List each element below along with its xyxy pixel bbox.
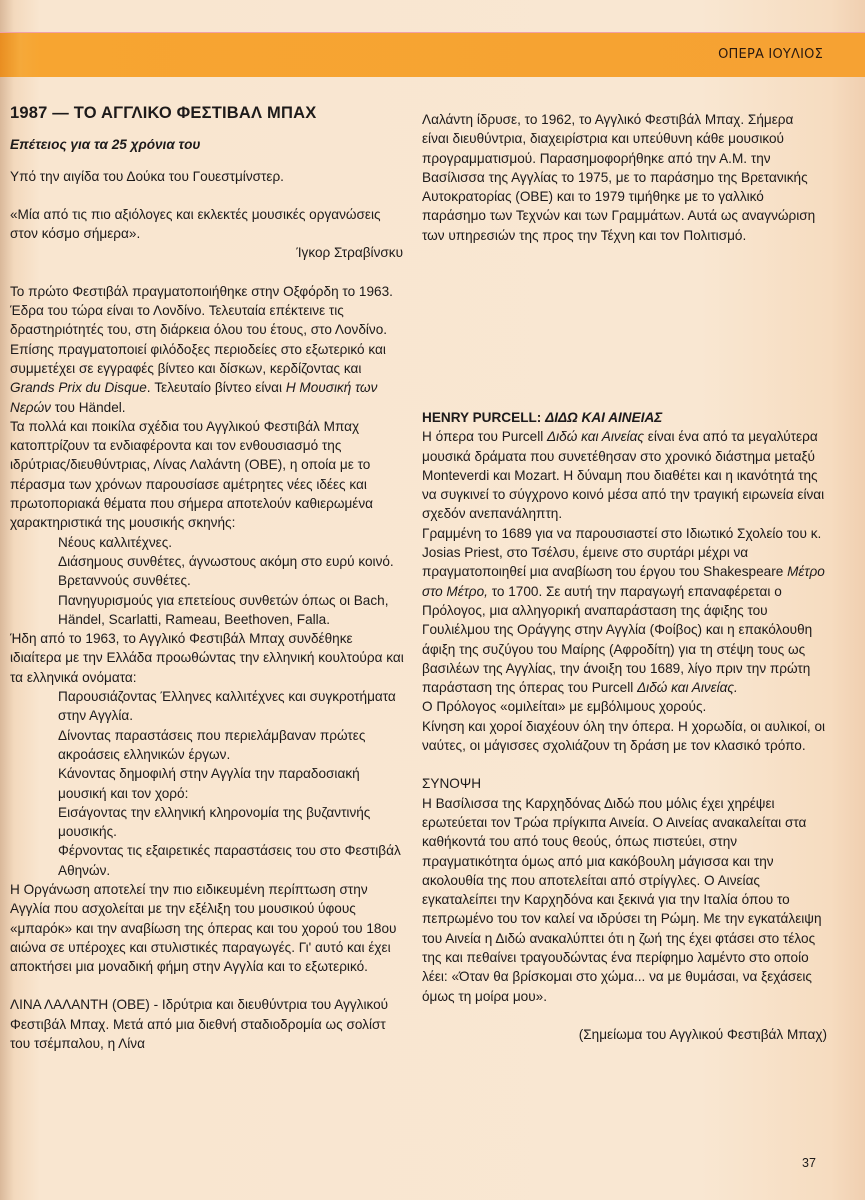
prologue-note: Ο Πρόλογος «ομιλείται» με εμβόλιμους χορ… <box>422 697 827 716</box>
founder-paragraph: ΛΙΝΑ ΛΑΛΑΝΤΗ (ΟΒΕ) - Ιδρύτρια και διευθύ… <box>10 995 405 1053</box>
history-paragraph: Το πρώτο Φεστιβάλ πραγματοποιήθηκε στην … <box>10 282 405 417</box>
right-column-top: Λαλάντη ίδρυσε, το 1962, το Αγγλικό Φεστ… <box>422 110 822 245</box>
purcell-heading: HENRY PURCELL: ΔΙΔΩ ΚΑΙ ΑΙΝΕΙΑΣ <box>422 408 827 427</box>
article-subtitle: Επέτειος για τα 25 χρόνια του <box>10 135 405 154</box>
synopsis-heading: ΣΥΝΟΨΗ <box>422 774 827 793</box>
greece-list: Παρουσιάζοντας Έλληνες καλλιτέχνες και σ… <box>10 687 405 880</box>
purcell-section: HENRY PURCELL: ΔΙΔΩ ΚΑΙ ΑΙΝΕΙΑΣ Η όπερα … <box>422 408 827 1044</box>
dance-note: Κίνηση και χοροί διαχέουν όλη την όπερα.… <box>422 717 827 756</box>
list-item: Βρεταννούς συνθέτες. <box>58 571 405 590</box>
stravinsky-quote: «Μία από τις πιο αξιόλογες και εκλεκτές … <box>10 205 405 244</box>
list-item: Νέους καλλιτέχνες. <box>58 533 405 552</box>
greece-paragraph: Ήδη από το 1963, το Αγγλικό Φεστιβάλ Μπα… <box>10 629 405 687</box>
article-title: 1987 — ΤΟ ΑΓΓΛΙΚΟ ΦΕΣΤΙΒΑΛ ΜΠΑΧ <box>10 104 405 123</box>
list-item: Εισάγοντας την ελληνική κληρονομία της β… <box>58 803 405 842</box>
list-item: Διάσημους συνθέτες, άγνωστους ακόμη στο … <box>58 552 405 571</box>
list-item: Κάνοντας δημοφιλή στην Αγγλία την παραδο… <box>58 764 405 803</box>
section-header-band: ΟΠΕΡΑ ΙΟΥΛΙΟΣ <box>0 32 865 77</box>
list-item: Παρουσιάζοντας Έλληνες καλλιτέχνες και σ… <box>58 687 405 726</box>
founder-paragraph-continued: Λαλάντη ίδρυσε, το 1962, το Αγγλικό Φεστ… <box>422 110 822 245</box>
patronage-line: Υπό την αιγίδα του Δούκα του Γουεστμίνστ… <box>10 167 405 186</box>
purcell-intro: Η όπερα του Purcell Διδώ και Αινείας είν… <box>422 427 827 523</box>
synopsis-text: Η Βασίλισσα της Καρχηδόνας Διδώ που μόλι… <box>422 794 827 1006</box>
features-list: Νέους καλλιτέχνες. Διάσημους συνθέτες, ά… <box>10 533 405 629</box>
projects-paragraph: Τα πολλά και ποικίλα σχέδια του Αγγλικού… <box>10 417 405 533</box>
page-number: 37 <box>802 1156 816 1170</box>
left-column: 1987 — ΤΟ ΑΓΓΛΙΚΟ ΦΕΣΤΙΒΑΛ ΜΠΑΧ Επέτειος… <box>10 104 405 1053</box>
section-label: ΟΠΕΡΑ ΙΟΥΛΙΟΣ <box>718 47 823 62</box>
list-item: Φέρνοντας τις εξαιρετικές παραστάσεις το… <box>58 841 405 880</box>
purcell-history: Γραμμένη το 1689 για να παρουσιαστεί στο… <box>422 524 827 698</box>
organization-paragraph: Η Οργάνωση αποτελεί την πιο ειδικευμένη … <box>10 880 405 976</box>
list-item: Πανηγυρισμούς για επετείους συνθετών όπω… <box>58 591 405 630</box>
closing-note: (Σημείωμα του Αγγλικού Φεστιβάλ Μπαχ) <box>422 1025 827 1044</box>
quote-author: Ίγκορ Στραβίνσκυ <box>10 243 405 262</box>
list-item: Δίνοντας παραστάσεις που περιελάμβαναν π… <box>58 726 405 765</box>
